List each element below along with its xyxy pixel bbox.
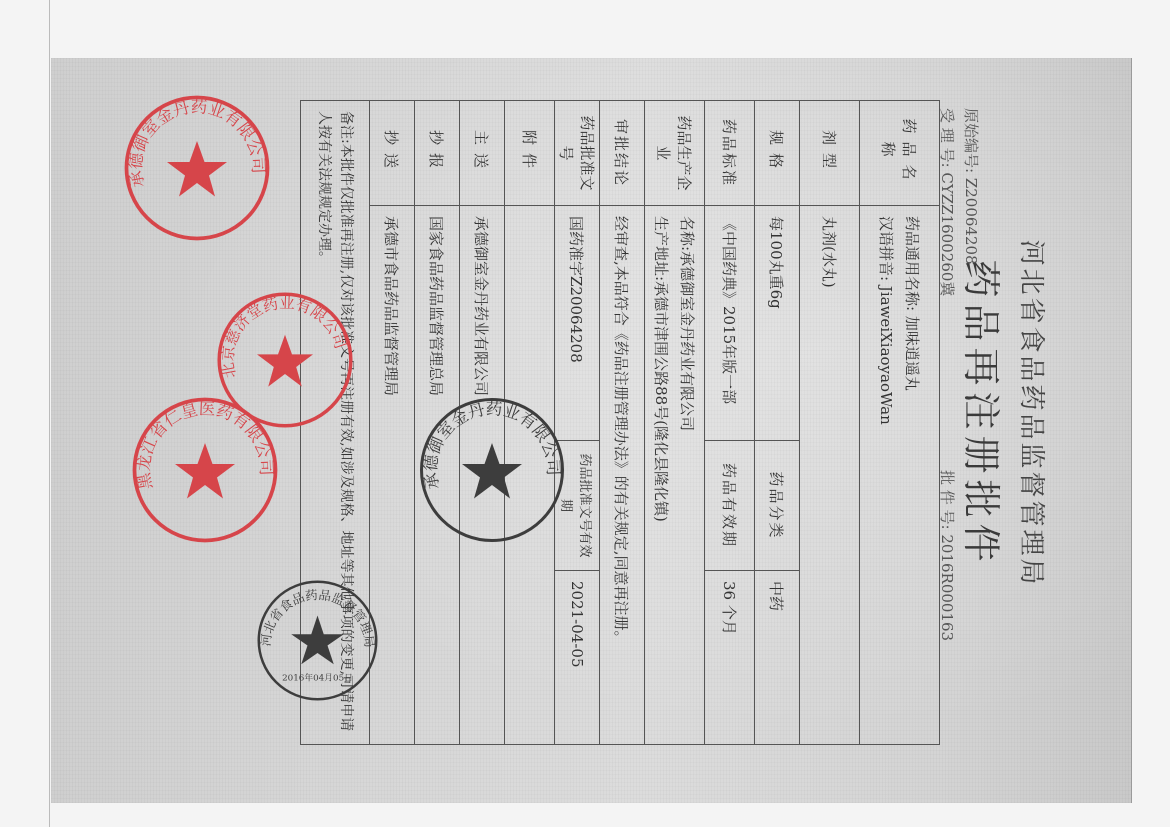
label-approval-number: 药品批准文号 xyxy=(555,101,600,206)
page-edge-divider xyxy=(49,0,50,827)
value-conclusion: 经审查,本品符合《药品注册管理办法》的有关规定,同意再注册。 xyxy=(600,206,645,745)
value-manufacturer: 名称:承德御室金丹药业有限公司 生产地址:承德市津围公路88号(隆化县隆化镇) xyxy=(645,206,705,745)
label-conclusion: 审批结论 xyxy=(600,101,645,206)
stamp-company-black: 承德御室金丹药业有限公司 xyxy=(417,395,567,545)
approval-number-label: 批 件 号: xyxy=(938,470,956,530)
generic-name-value: 加味逍遥丸 xyxy=(904,316,922,391)
label-dosage-form: 剂型 xyxy=(800,101,860,206)
label-manufacturer: 药品生产企业 xyxy=(645,101,705,206)
row-dosage-form: 剂型 丸剂(水丸) xyxy=(800,101,860,745)
label-main-recipient: 主送 xyxy=(460,101,505,206)
value-approval-validity: 2021-04-05 xyxy=(555,571,600,745)
pinyin-label: 汉语拼音: xyxy=(878,216,896,281)
label-copy-to: 抄送 xyxy=(370,101,415,206)
value-spec: 每100丸重6g xyxy=(755,206,800,441)
issuing-agency: 河北省食品药品监督管理局 xyxy=(1015,0,1052,827)
row-spec: 规格 每100丸重6g 药品分类 中药 xyxy=(755,101,800,745)
row-manufacturer: 药品生产企业 名称:承德御室金丹药业有限公司 生产地址:承德市津围公路88号(隆… xyxy=(645,101,705,745)
label-attachment: 附件 xyxy=(505,101,555,206)
label-report-to: 抄报 xyxy=(415,101,460,206)
rotated-document-page: 河北省食品药品监督管理局 药品再注册批件 原始编号: Z20064208 受 理… xyxy=(0,0,1170,827)
label-drug-category: 药品分类 xyxy=(755,441,800,571)
issuer-stamp-date: 2016年04月05日 xyxy=(282,672,353,684)
label-spec: 规格 xyxy=(755,101,800,206)
manufacturer-address-value: 承德市津围公路88号(隆化县隆化镇) xyxy=(653,281,671,522)
row-standard: 药品标准 《中国药典》2015年版一部 药品有效期 36 个月 xyxy=(705,101,755,745)
acceptance-number-value: CYZZ1600260冀 xyxy=(938,172,956,296)
stamp-company-red-1: 承德御室金丹药业有限公司 xyxy=(122,93,272,243)
value-drug-category: 中药 xyxy=(755,571,800,745)
seal-company-red-3-icon: 黑龙江省仁皇医药有限公司 xyxy=(130,395,280,545)
generic-name-label: 药品通用名称: xyxy=(904,216,922,311)
acceptance-number-label: 受 理 号: xyxy=(938,108,956,168)
stamp-issuer: 河北省食品药品监督管理局 2016年04月05日 xyxy=(255,578,380,703)
manufacturer-name-value: 承德御室金丹药业有限公司 xyxy=(679,251,697,431)
original-number-label: 原始编号: xyxy=(962,108,980,173)
value-standard: 《中国药典》2015年版一部 xyxy=(705,206,755,441)
manufacturer-address-label: 生产地址: xyxy=(653,216,671,281)
seal-company-black-icon: 承德御室金丹药业有限公司 xyxy=(417,395,567,545)
value-drug-name: 药品通用名称: 加味逍遥丸 汉语拼音: JiaweiXiaoyaoWan xyxy=(860,206,940,745)
row-drug-name: 药品名称 药品通用名称: 加味逍遥丸 汉语拼音: JiaweiXiaoyaoWa… xyxy=(860,101,940,745)
original-number-value: Z20064208 xyxy=(962,178,980,265)
value-shelf-life: 36 个月 xyxy=(705,571,755,745)
approval-form-table: 药品名称 药品通用名称: 加味逍遥丸 汉语拼音: JiaweiXiaoyaoWa… xyxy=(300,100,940,745)
acceptance-number: 受 理 号: CYZZ1600260冀 xyxy=(937,108,958,296)
seal-company-red-1-icon: 承德御室金丹药业有限公司 xyxy=(122,93,272,243)
pinyin-value: JiaweiXiaoyaoWan xyxy=(878,286,896,425)
label-shelf-life: 药品有效期 xyxy=(705,441,755,571)
approval-number: 批 件 号: 2016R000163 xyxy=(937,470,958,641)
original-number: 原始编号: Z20064208 xyxy=(961,108,982,265)
stamp-company-red-3: 黑龙江省仁皇医药有限公司 xyxy=(130,395,280,545)
label-standard: 药品标准 xyxy=(705,101,755,206)
approval-number-value: 2016R000163 xyxy=(938,534,956,641)
row-conclusion: 审批结论 经审查,本品符合《药品注册管理办法》的有关规定,同意再注册。 xyxy=(600,101,645,745)
seal-issuer-icon: 河北省食品药品监督管理局 2016年04月05日 xyxy=(255,578,380,703)
value-dosage-form: 丸剂(水丸) xyxy=(800,206,860,745)
label-drug-name: 药品名称 xyxy=(860,101,940,206)
manufacturer-name-label: 名称: xyxy=(679,216,697,251)
